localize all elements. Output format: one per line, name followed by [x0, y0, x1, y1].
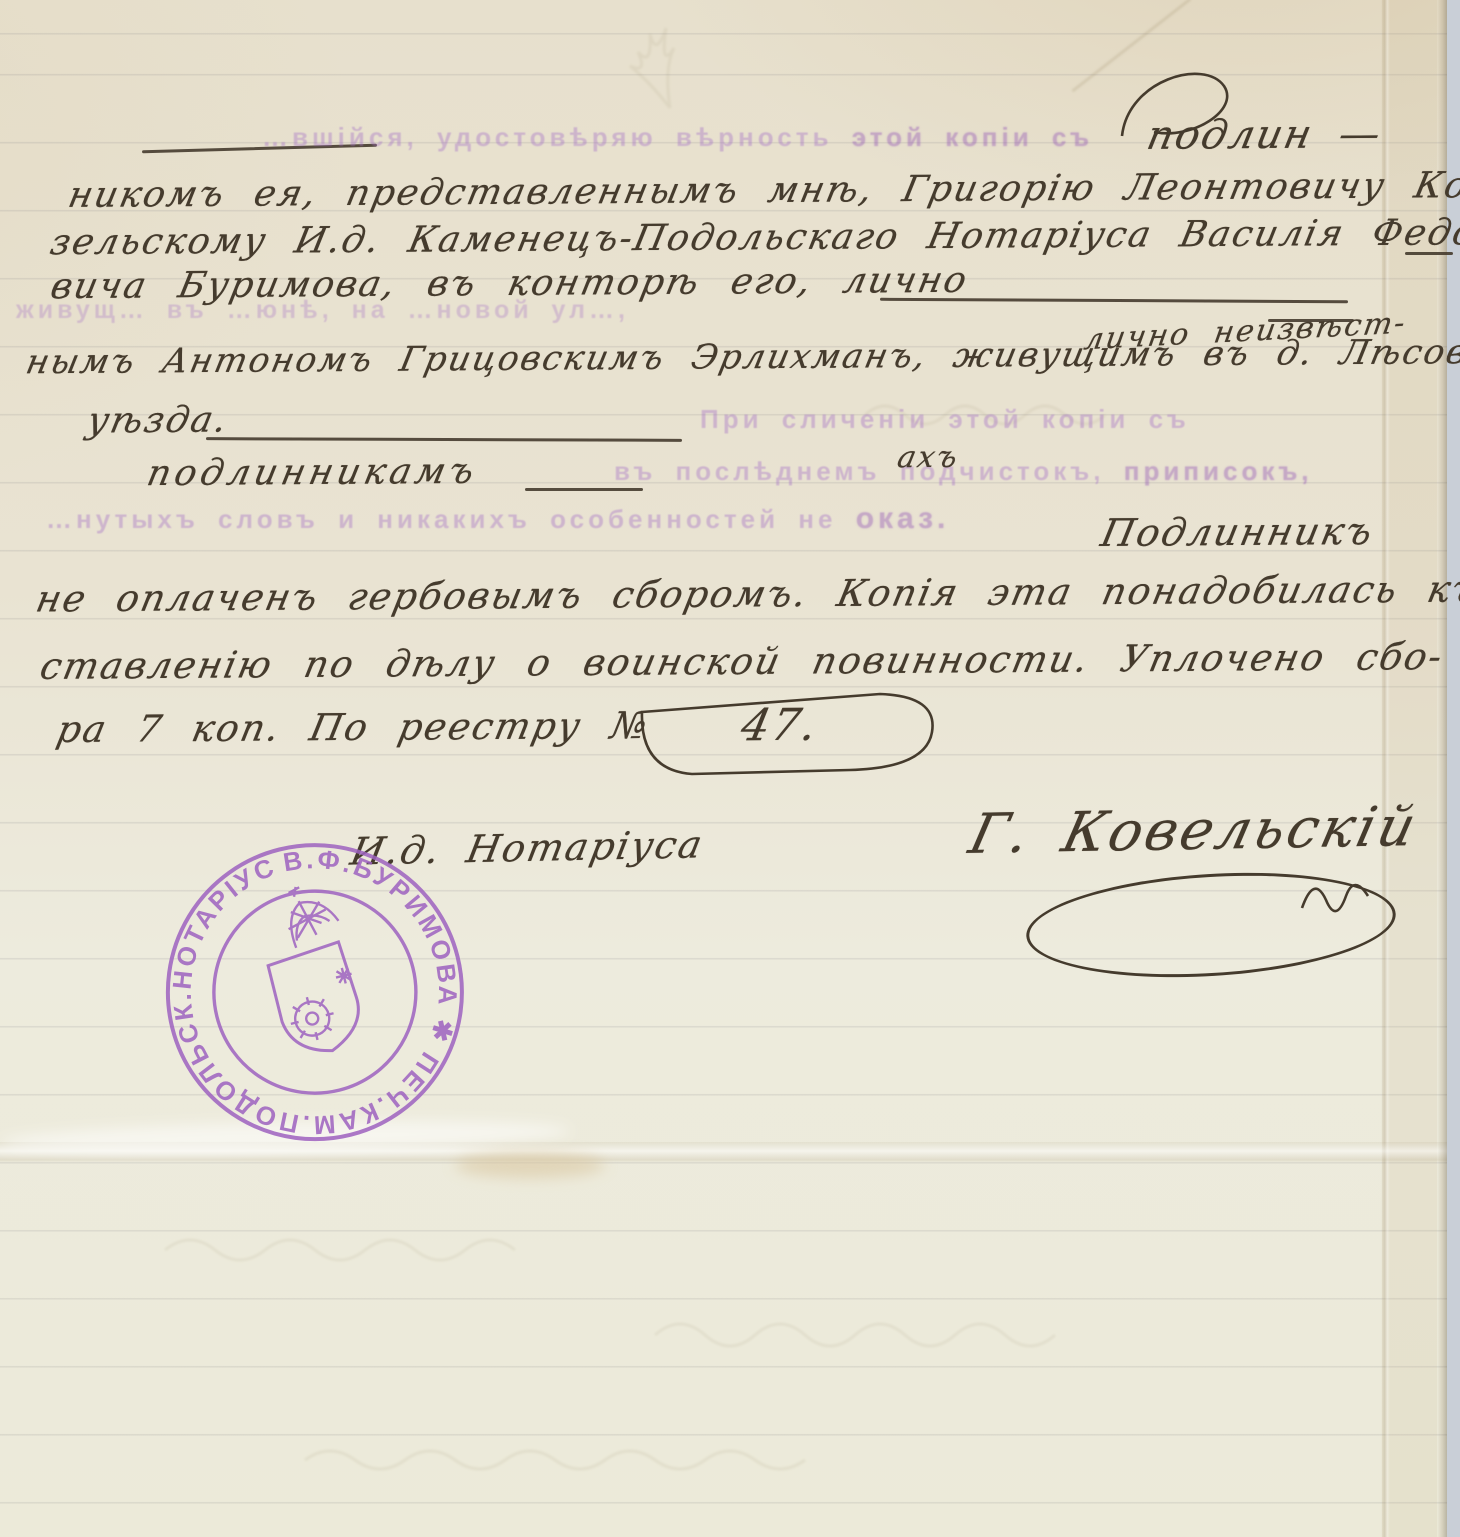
violet-formula-line-1: …вшійся, удостовѣряю вѣрность этой копіи…	[262, 122, 1093, 153]
seal-shield-icon	[267, 941, 368, 1061]
ghost-mark	[650, 1305, 1170, 1365]
ghost-mark	[560, 8, 780, 118]
handwritten-line-1: подлин —	[1143, 111, 1386, 159]
ink-dash-stroke	[1405, 252, 1453, 255]
violet-formula-line-3: При сличеніи этой копіи съ	[700, 404, 1190, 435]
handwritten-line-7: подлинникамъ	[144, 451, 482, 494]
violet-formula-line-5: …нутыхъ словъ и никакихъ особенностей не…	[46, 502, 949, 536]
registry-number: 47.	[737, 700, 824, 752]
handwritten-line-6: уѣзда.	[84, 400, 233, 442]
document-scan: …вшійся, удостовѣряю вѣрность этой копіи…	[0, 0, 1460, 1537]
ghost-mark	[300, 1430, 1000, 1490]
handwritten-line-8: Подлинникъ	[1097, 509, 1378, 555]
handwritten-insert-small: ахъ	[894, 440, 962, 475]
ghost-mark	[160, 1215, 580, 1275]
violet-formula-line-4: въ послѣднемъ подчистокъ, приписокъ,	[614, 456, 1313, 487]
handwritten-line-11: ра 7 коп. По реестру №	[53, 704, 653, 751]
ink-dash-stroke	[525, 488, 643, 491]
paper-smudge	[455, 1152, 605, 1178]
seal-crown-icon	[271, 877, 340, 948]
violet-formula-line-2: живущ… въ …юнѣ, на …новой ул…,	[16, 296, 629, 325]
signature-flourish-zigzag	[1296, 842, 1376, 932]
